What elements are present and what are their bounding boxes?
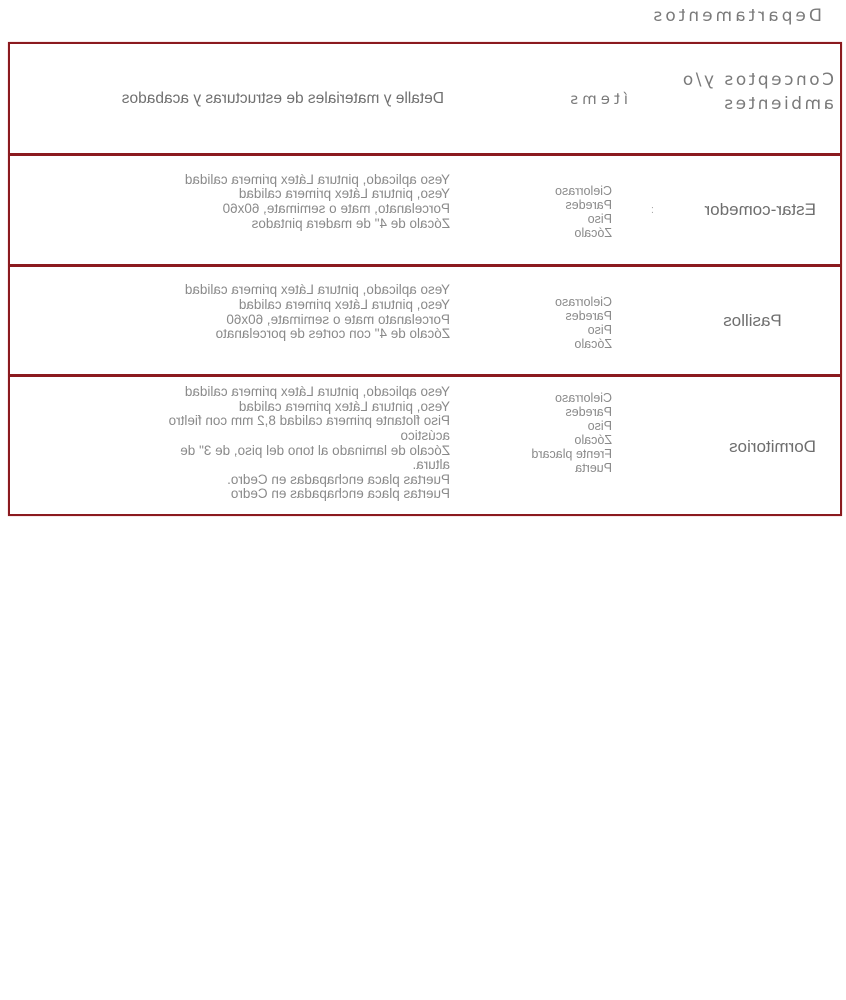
list-item: Yeso, pintura Látex primera calidad [58,298,450,313]
detail-list: Yeso aplicado, pintura Látex primera cal… [58,385,450,502]
list-item: Piso [555,323,612,337]
concept-name: Estar-comedor [705,200,816,220]
concept-cell: Pasillos [665,267,840,374]
list-item: Yeso aplicado, pintura Látex primera cal… [58,385,450,400]
list-item: Yeso aplicado, pintura Látex primera cal… [58,173,450,188]
list-item: Zócalo de 4" de madera pintados [58,217,450,232]
table-header-row: Conceptos y/o ambientes ítems Detalle y … [10,44,840,153]
detail-list: Yeso aplicado, pintura Látex primera cal… [58,173,450,231]
mirrored-page: Departamentos Conceptos y/o ambientes ít… [0,0,846,1000]
table-row: Pasillos Cielorraso Paredes Piso Zócalo … [10,264,840,374]
list-item: Paredes [555,309,612,323]
header-concept: Conceptos y/o ambientes [664,68,834,116]
list-item: Zócalo [555,337,612,351]
concept-name: Pasillos [723,311,782,331]
concept-name: Dormitorios [729,437,816,457]
items-list: Cielorraso Paredes Piso Zócalo [555,295,612,351]
list-item: Piso [555,212,612,226]
list-item: Zócalo de laminado al tono del piso, de … [58,444,450,459]
items-cell: Cielorraso Paredes Piso Zócalo [480,267,640,374]
list-item: Piso flotante primera calidad 8,2 mm con… [58,414,450,429]
list-item: Porcelanato, mate o semimate, 60x60 [58,202,450,217]
list-item: Paredes [531,405,612,419]
list-item: Yeso, pintura Látex primera calidad [58,187,450,202]
table-row: Dormitorios Cielorraso Paredes Piso Zóca… [10,374,840,516]
detail-cell: Yeso aplicado, pintura Látex primera cal… [50,267,450,374]
header-items-cell: ítems [480,44,640,153]
list-item: Puertas placa enchapadas en Cedro. [58,473,450,488]
list-item: Puerta [531,461,612,475]
items-list: Cielorraso Paredes Piso Zócalo [555,184,612,240]
separator-mark: : [651,204,654,216]
list-item: Zócalo de 4" con cortes de porcelanato [58,327,450,342]
list-item: Cielorraso [555,184,612,198]
items-cell: Cielorraso Paredes Piso Zócalo Frente pl… [480,377,640,516]
section-heading: Departamentos [650,6,822,26]
items-cell: Cielorraso Paredes Piso Zócalo [480,156,640,264]
list-item: Cielorraso [531,391,612,405]
list-item: Zócalo [555,226,612,240]
list-item: Zócalo [531,433,612,447]
table-row: Estar-comedor : Cielorraso Paredes Piso … [10,153,840,264]
concept-cell: Dormitorios [665,377,840,516]
list-item: Cielorraso [555,295,612,309]
detail-cell: Yeso aplicado, pintura Látex primera cal… [50,156,450,264]
list-item: Porcelanato mate o semimate, 60x60 [58,313,450,328]
items-list: Cielorraso Paredes Piso Zócalo Frente pl… [531,391,612,475]
list-item: Yeso aplicado, pintura Látex primera cal… [58,283,450,298]
header-detail-cell: Detalle y materiales de estructuras y ac… [50,44,450,153]
list-item: Paredes [555,198,612,212]
list-item: Piso [531,419,612,433]
list-item: Puertas placa enchapadas en Cedro [58,487,450,502]
list-item: Frente placard [531,447,612,461]
finishes-table: Conceptos y/o ambientes ítems Detalle y … [8,42,842,516]
header-detail: Detalle y materiales de estructuras y ac… [122,90,444,108]
list-item: Yeso, pintura Látex primera calidad [58,400,450,415]
detail-cell: Yeso aplicado, pintura Látex primera cal… [50,377,450,516]
list-item: acústico [58,429,450,444]
concept-cell: Estar-comedor : [665,156,840,264]
header-items: ítems [566,90,628,108]
detail-list: Yeso aplicado, pintura Látex primera cal… [58,283,450,341]
list-item: altura. [58,458,450,473]
